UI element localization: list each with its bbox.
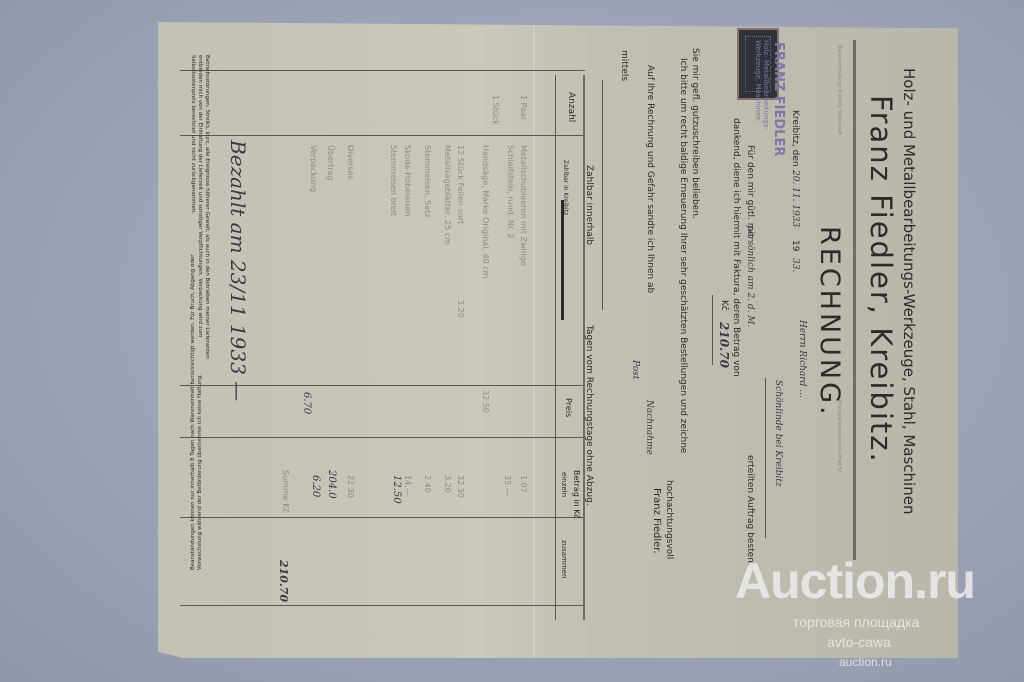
column-rule-qty [180,135,583,136]
row-desc: Diverses [346,145,355,180]
trade-line: Holz- und Metallbearbeitungs-Werkzeuge, … [900,68,918,514]
amount-rule [712,295,713,365]
table-right-border [583,75,585,620]
table-bottom-rule [180,605,583,606]
row-desc: Stemmeisen, Satz [423,145,432,217]
header-price: Preis [564,398,573,417]
via-value: Nachnahme [644,400,654,455]
watermark-subtitle: торговая площадка [793,614,919,630]
row-qty: 1 Stück [491,95,500,125]
body-line-1-end: erteilten Auftrag bestens [745,455,755,568]
row-desc: Metallschubleeren mit Zwinge [519,145,528,266]
recipient-town: Schönlinde bei Kreibitz [773,380,783,487]
date-value: 20. 11. 1933 [790,170,800,227]
row-single: 2.40 [423,475,432,493]
row-desc: Übertrag [326,145,335,181]
grand-total: 210.70 [277,560,290,602]
header-rule [853,40,856,560]
row-desc: Schleifstein, rund, Nr. 2 [506,145,515,239]
company-stamp-line: Holz- Metallbearbeitungs- [762,40,770,130]
shipping-method: Post [630,360,640,379]
via-rule [602,80,603,310]
row-single: 32.30 [456,475,465,498]
document-title: RECHNUNG. [814,226,845,418]
paid-note: Bezahlt am 23/11 1933 — [226,140,250,401]
row-price: 32.50 [481,390,490,413]
row-single: 1.07 [519,475,528,493]
year-suffix: 33. [790,258,800,272]
row-single: 204.0 [326,470,337,499]
row-desc: Skoda-Hobeleisen [403,145,412,217]
via-label: mittels [619,50,629,81]
recipient-rule [765,378,766,538]
payment-terms-end: Tagen vom Rechnungstage ohne Abzug. [584,325,594,506]
bank-details: Bankverbindung: Kreibitz Teichstadt [836,45,842,135]
table-top-rule [180,70,585,71]
header-quantity: Anzahl [566,92,576,122]
company-stamp-line: Werkzeuge, Maschinen [754,40,762,121]
row-desc: Verpackung [309,145,318,192]
grand-total-label: Summe Kč [281,470,290,513]
date-label: Kreibitz, den [790,110,800,167]
payment-terms: Zahlbar innerhalb [584,165,594,245]
row-desc: Handsäge, Marke Original, 40 cm [481,145,490,278]
recipient-name: Herrn Richard ... [797,320,807,398]
row-price: 3.20 [456,300,465,318]
company-stamp: FRANZ FIEDLER [771,42,786,156]
table-header-rule [555,75,556,620]
closing-regards: hochachtungsvoll [664,480,674,559]
invoice-amount: 210.70 [717,322,731,368]
currency-label: Kč [719,300,729,311]
year-prefix: 19 [790,240,800,251]
body-line-3: Sie mir gefl. gutzuschreiben belieben. [690,48,700,219]
row-desc: Stemmeisen breit [389,145,398,216]
closing-signature: Franz Fiedler. [651,488,662,554]
watermark-brand: Auction.ru [735,552,975,610]
column-rule-price [180,437,583,438]
row-single: 12.50 [391,475,402,504]
row-price: 6.70 [301,392,312,414]
terms-bottom: Beanständungen können nur innerhalb 8 Ta… [190,240,204,570]
header-total: zusammen [560,540,568,578]
row-desc: Metallsägeblätter, 25 cm [443,145,452,245]
watermark-site: auction.ru [839,655,892,669]
watermark-seller: avto-cawa [827,634,891,650]
column-rule-single [180,517,583,518]
row-single: 6.20 [310,475,321,497]
body-line-1: Für den mir gütl. mit [745,145,755,238]
body-line-2: dankend, diene ich hiermit mit Faktura, … [731,118,741,377]
header-single: einzeln [560,472,568,497]
header-amount-group: Betrag in Kč [572,470,581,519]
paper-fold [533,22,535,658]
company-name: Franz Fiedler, Kreibitz. [864,95,898,464]
order-date: persönlich am 2. d. M. [745,225,755,327]
row-desc: 12 Stück Feilen sort. [456,145,465,227]
row-single: 22.30 [346,475,355,498]
row-single: 3.20 [443,475,452,493]
row-single: 14.— [403,475,412,496]
strikethrough-mark [561,200,564,320]
body-line-4: Ich bitte um recht baldige Erneuerung Ih… [678,58,688,453]
shipping-line: Auf Ihre Rechnung und Gefahr sandte ich … [645,65,655,293]
row-single: 35.— [503,475,512,496]
row-qty: 1 Paar [519,95,528,120]
